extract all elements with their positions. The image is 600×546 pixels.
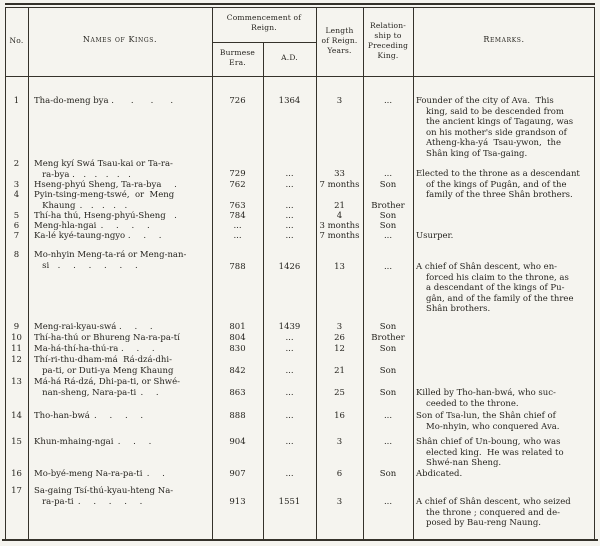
remark-line: Mo-nhyin, who conquered Ava. [416,422,594,433]
burmese-era-value: 804 [212,333,263,344]
king-name-line: si . . . . . . [34,261,214,272]
ad-year-value: ... [263,169,316,180]
scanned-book-page: No. Names of Kings. Commencement of Reig… [0,0,600,546]
remark-block: Killed by Tho-han-bwá, who suc-ceeded to… [416,388,594,409]
remark-line: Elected to the throne as a descendant [416,169,594,180]
ad-year-value: 1551 [263,497,316,508]
burmese-era-value: 863 [212,388,263,399]
row-number: 7 [5,231,28,242]
remark-line: the throne ; conquered and de- [416,508,594,519]
king-name-line: Thí-ha-thú or Bhureng Na-ra-pa-tí [34,333,214,344]
header-names-of-kings: Names of Kings. [28,35,212,45]
king-name-line: nan-sheng, Nara-pa-ti . . [34,388,214,399]
remark-block: Shân chief of Un-boung, who waselected k… [416,437,594,469]
header-relationship-line2: ship to [363,31,413,41]
burmese-era-value: ... [212,221,263,232]
king-name-line: Mo-nhyin Meng-ta-rá or Meng-nan- [34,250,214,261]
burmese-era-value: 729 [212,169,263,180]
row-number: 12 [5,355,28,366]
burmese-era-value: 913 [212,497,263,508]
remark-line: Founder of the city of Ava. This [416,96,594,107]
burmese-era-value: 726 [212,96,263,107]
reign-length-value: 3 [316,96,363,107]
ad-year-value: ... [263,344,316,355]
remark-line: Killed by Tho-han-bwá, who suc- [416,388,594,399]
burmese-era-value: 763 [212,201,263,212]
remark-line: Atheng-kha-yá Tsau-ywon, the [416,138,594,149]
relationship-value: Son [363,322,413,333]
row-number: 10 [5,333,28,344]
ad-year-value: ... [263,221,316,232]
king-name-line: Tho-han-bwá . . . . [34,411,214,422]
row-number: 13 [5,377,28,388]
header-remarks: Remarks. [413,35,595,45]
remark-line: posed by Bau-reng Naung. [416,518,594,529]
reign-length-value: 12 [316,344,363,355]
remark-line: Usurper. [416,231,594,242]
ad-year-value: 1364 [263,96,316,107]
remark-line: the ancient kings of Tagaung, was [416,117,594,128]
row-number: 16 [5,469,28,480]
king-name-line: Meng-rai-kyau-swá . . . [34,322,214,333]
relationship-value: ... [363,169,413,180]
burmese-era-value: 788 [212,262,263,273]
header-length-line2: of Reign. [316,36,363,46]
reign-length-value: 26 [316,333,363,344]
row-number: 17 [5,486,28,497]
reign-length-value: 7 months [316,180,363,191]
row-number: 15 [5,437,28,448]
burmese-era-value: 830 [212,344,263,355]
king-name-line: Sa-gaing Tsí-thú-kyau-hteng Na- [34,486,214,497]
relationship-value: ... [363,497,413,508]
king-name-line: Meng kyí Swá Tsau-kai or Ta-ra- [34,159,214,170]
table-right-border [594,7,595,539]
remark-line: Shân king of Tsa-gaing. [416,149,594,160]
reign-length-value: 21 [316,201,363,212]
relationship-value: Son [363,180,413,191]
burmese-era-value: 907 [212,469,263,480]
ad-year-value: ... [263,411,316,422]
relationship-value: Son [363,211,413,222]
reign-length-value: 6 [316,469,363,480]
header-length-line1: Length [316,26,363,36]
reign-length-value: 4 [316,211,363,222]
ad-year-value: 1426 [263,262,316,273]
ad-year-value: ... [263,211,316,222]
table-top-border-outer [5,3,595,5]
ad-year-value: ... [263,180,316,191]
remark-line: Shân chief of Un-boung, who was [416,437,594,448]
king-name-line: Má-há Rá-dzá, Dhi-pa-ti, or Shwé- [34,377,214,388]
king-name-line: Ka-lé kyé-taung-ngyo . . . [34,231,214,242]
reign-length-value: 21 [316,366,363,377]
remark-block: Usurper. [416,231,594,242]
burmese-era-value: 842 [212,366,263,377]
burmese-era-value: ... [212,231,263,242]
king-name-line: Thí-ri-thu-dham-má Rá-dzá-dhi- [34,355,214,366]
reign-length-value: 3 [316,437,363,448]
row-number: 8 [5,250,28,261]
remark-line: Shwé-nan Sheng. [416,458,594,469]
remark-line: ceeded to the throne. [416,399,594,410]
ad-year-value: ... [263,366,316,377]
row-number: 6 [5,221,28,232]
reign-length-value: 3 [316,497,363,508]
reign-length-value: 3 months [316,221,363,232]
remark-line: A chief of Shân descent, who seized [416,497,594,508]
table-left-border [5,7,6,539]
king-name-line: Hseng-phyú Sheng, Ta-ra-bya . [34,180,214,191]
ad-year-value: ... [263,333,316,344]
col-divider-ad-length [316,7,317,539]
relationship-value: ... [363,96,413,107]
ad-year-value: ... [263,437,316,448]
relationship-value: ... [363,437,413,448]
reign-length-value: 33 [316,169,363,180]
remark-block: Founder of the city of Ava. Thisking, sa… [416,96,594,159]
row-number: 5 [5,211,28,222]
row-number: 14 [5,411,28,422]
reign-length-value: 25 [316,388,363,399]
ad-year-value: ... [263,388,316,399]
king-name-line: Meng-hla-ngai . . . . [34,221,214,232]
burmese-era-value: 888 [212,411,263,422]
table-bottom-border [2,539,598,541]
ad-year-value: ... [263,201,316,212]
table-top-border-inner [5,7,595,8]
header-ad: A.D. [263,53,316,63]
king-name-line: ra-bya . . . . . . [34,170,214,181]
col-divider-no [28,7,29,539]
burmese-era-value: 904 [212,437,263,448]
header-burmese-era-line2: Era. [212,58,263,68]
remark-line: on his mother's side grandson of [416,128,594,139]
reign-length-value: 16 [316,411,363,422]
reign-length-value: 13 [316,262,363,273]
relationship-value: Son [363,221,413,232]
remark-block: Abdicated. [416,469,594,480]
relationship-value: Son [363,344,413,355]
relationship-value: ... [363,262,413,273]
remark-block: A chief of Shân descent, who en-forced h… [416,262,594,315]
header-relationship-line1: Relation- [363,21,413,31]
remark-line: elected king. He was related to [416,448,594,459]
remark-line: Abdicated. [416,469,594,480]
row-number: 3 [5,180,28,191]
relationship-value: ... [363,411,413,422]
row-number: 9 [5,322,28,333]
header-commencement-line1: Commencement of [212,13,316,23]
header-burmese-era-line1: Burmese [212,48,263,58]
col-divider-names [212,7,213,539]
header-length-line3: Years. [316,46,363,56]
remark-line: Shân brothers. [416,304,594,315]
remark-line: a descendant of the kings of Pu- [416,283,594,294]
relationship-value: Son [363,469,413,480]
king-name-line: pa-ti, or Duti-ya Meng Khaung [34,366,214,377]
remark-line: forced his claim to the throne, as [416,273,594,284]
king-name-line: ra-pa-ti . . . . . [34,497,214,508]
col-divider-rel-remarks [413,7,414,539]
burmese-era-value: 762 [212,180,263,191]
remark-line: family of the three Shân brothers. [416,190,594,201]
row-number: 1 [5,96,28,107]
king-name-line: Khun-mhaing-ngai . . . [34,437,214,448]
relationship-value: Son [363,388,413,399]
relationship-value: Son [363,366,413,377]
remark-block: Son of Tsa-lun, the Shân chief ofMo-nhyi… [416,411,594,432]
col-divider-era-ad [263,43,264,539]
header-commencement-line2: Reign. [212,23,316,33]
remark-line: of the kings of Pugân, and of the [416,180,594,191]
remark-line: gân, and of the family of the three [416,294,594,305]
king-name-line: Tha-do-meng bya . . . . [34,96,214,107]
remark-block: A chief of Shân descent, who seizedthe t… [416,497,594,529]
relationship-value: Brother [363,333,413,344]
king-name-line: Khaung . . . . . [34,201,214,212]
header-relationship-line3: Preceding [363,41,413,51]
relationship-value: ... [363,231,413,242]
ad-year-value: ... [263,231,316,242]
burmese-era-value: 801 [212,322,263,333]
reign-length-value: 7 months [316,231,363,242]
relationship-value: Brother [363,201,413,212]
remark-line: Son of Tsa-lun, the Shân chief of [416,411,594,422]
king-name-line: Ma-há-thí-ha-thú-ra . . . [34,344,214,355]
remark-block: Elected to the throne as a descendantof … [416,169,594,201]
header-bottom-rule [5,76,595,77]
ad-year-value: ... [263,469,316,480]
header-relationship-line4: King. [363,51,413,61]
king-name-line: Thí-ha thú, Hseng-phyú-Sheng . [34,211,214,222]
header-no: No. [5,36,28,46]
ad-year-value: 1439 [263,322,316,333]
row-number: 11 [5,344,28,355]
commencement-underline [212,42,316,43]
king-name-line: Mo-byé-meng Na-ra-pa-ti . . [34,469,214,480]
row-number: 2 [5,159,28,170]
burmese-era-value: 784 [212,211,263,222]
king-name-line: Pyin-tsing-meng-tswé, or Meng [34,190,214,201]
remark-line: king, said to be descended from [416,107,594,118]
col-divider-length-rel [363,7,364,539]
row-number: 4 [5,190,28,201]
remark-line: A chief of Shân descent, who en- [416,262,594,273]
reign-length-value: 3 [316,322,363,333]
